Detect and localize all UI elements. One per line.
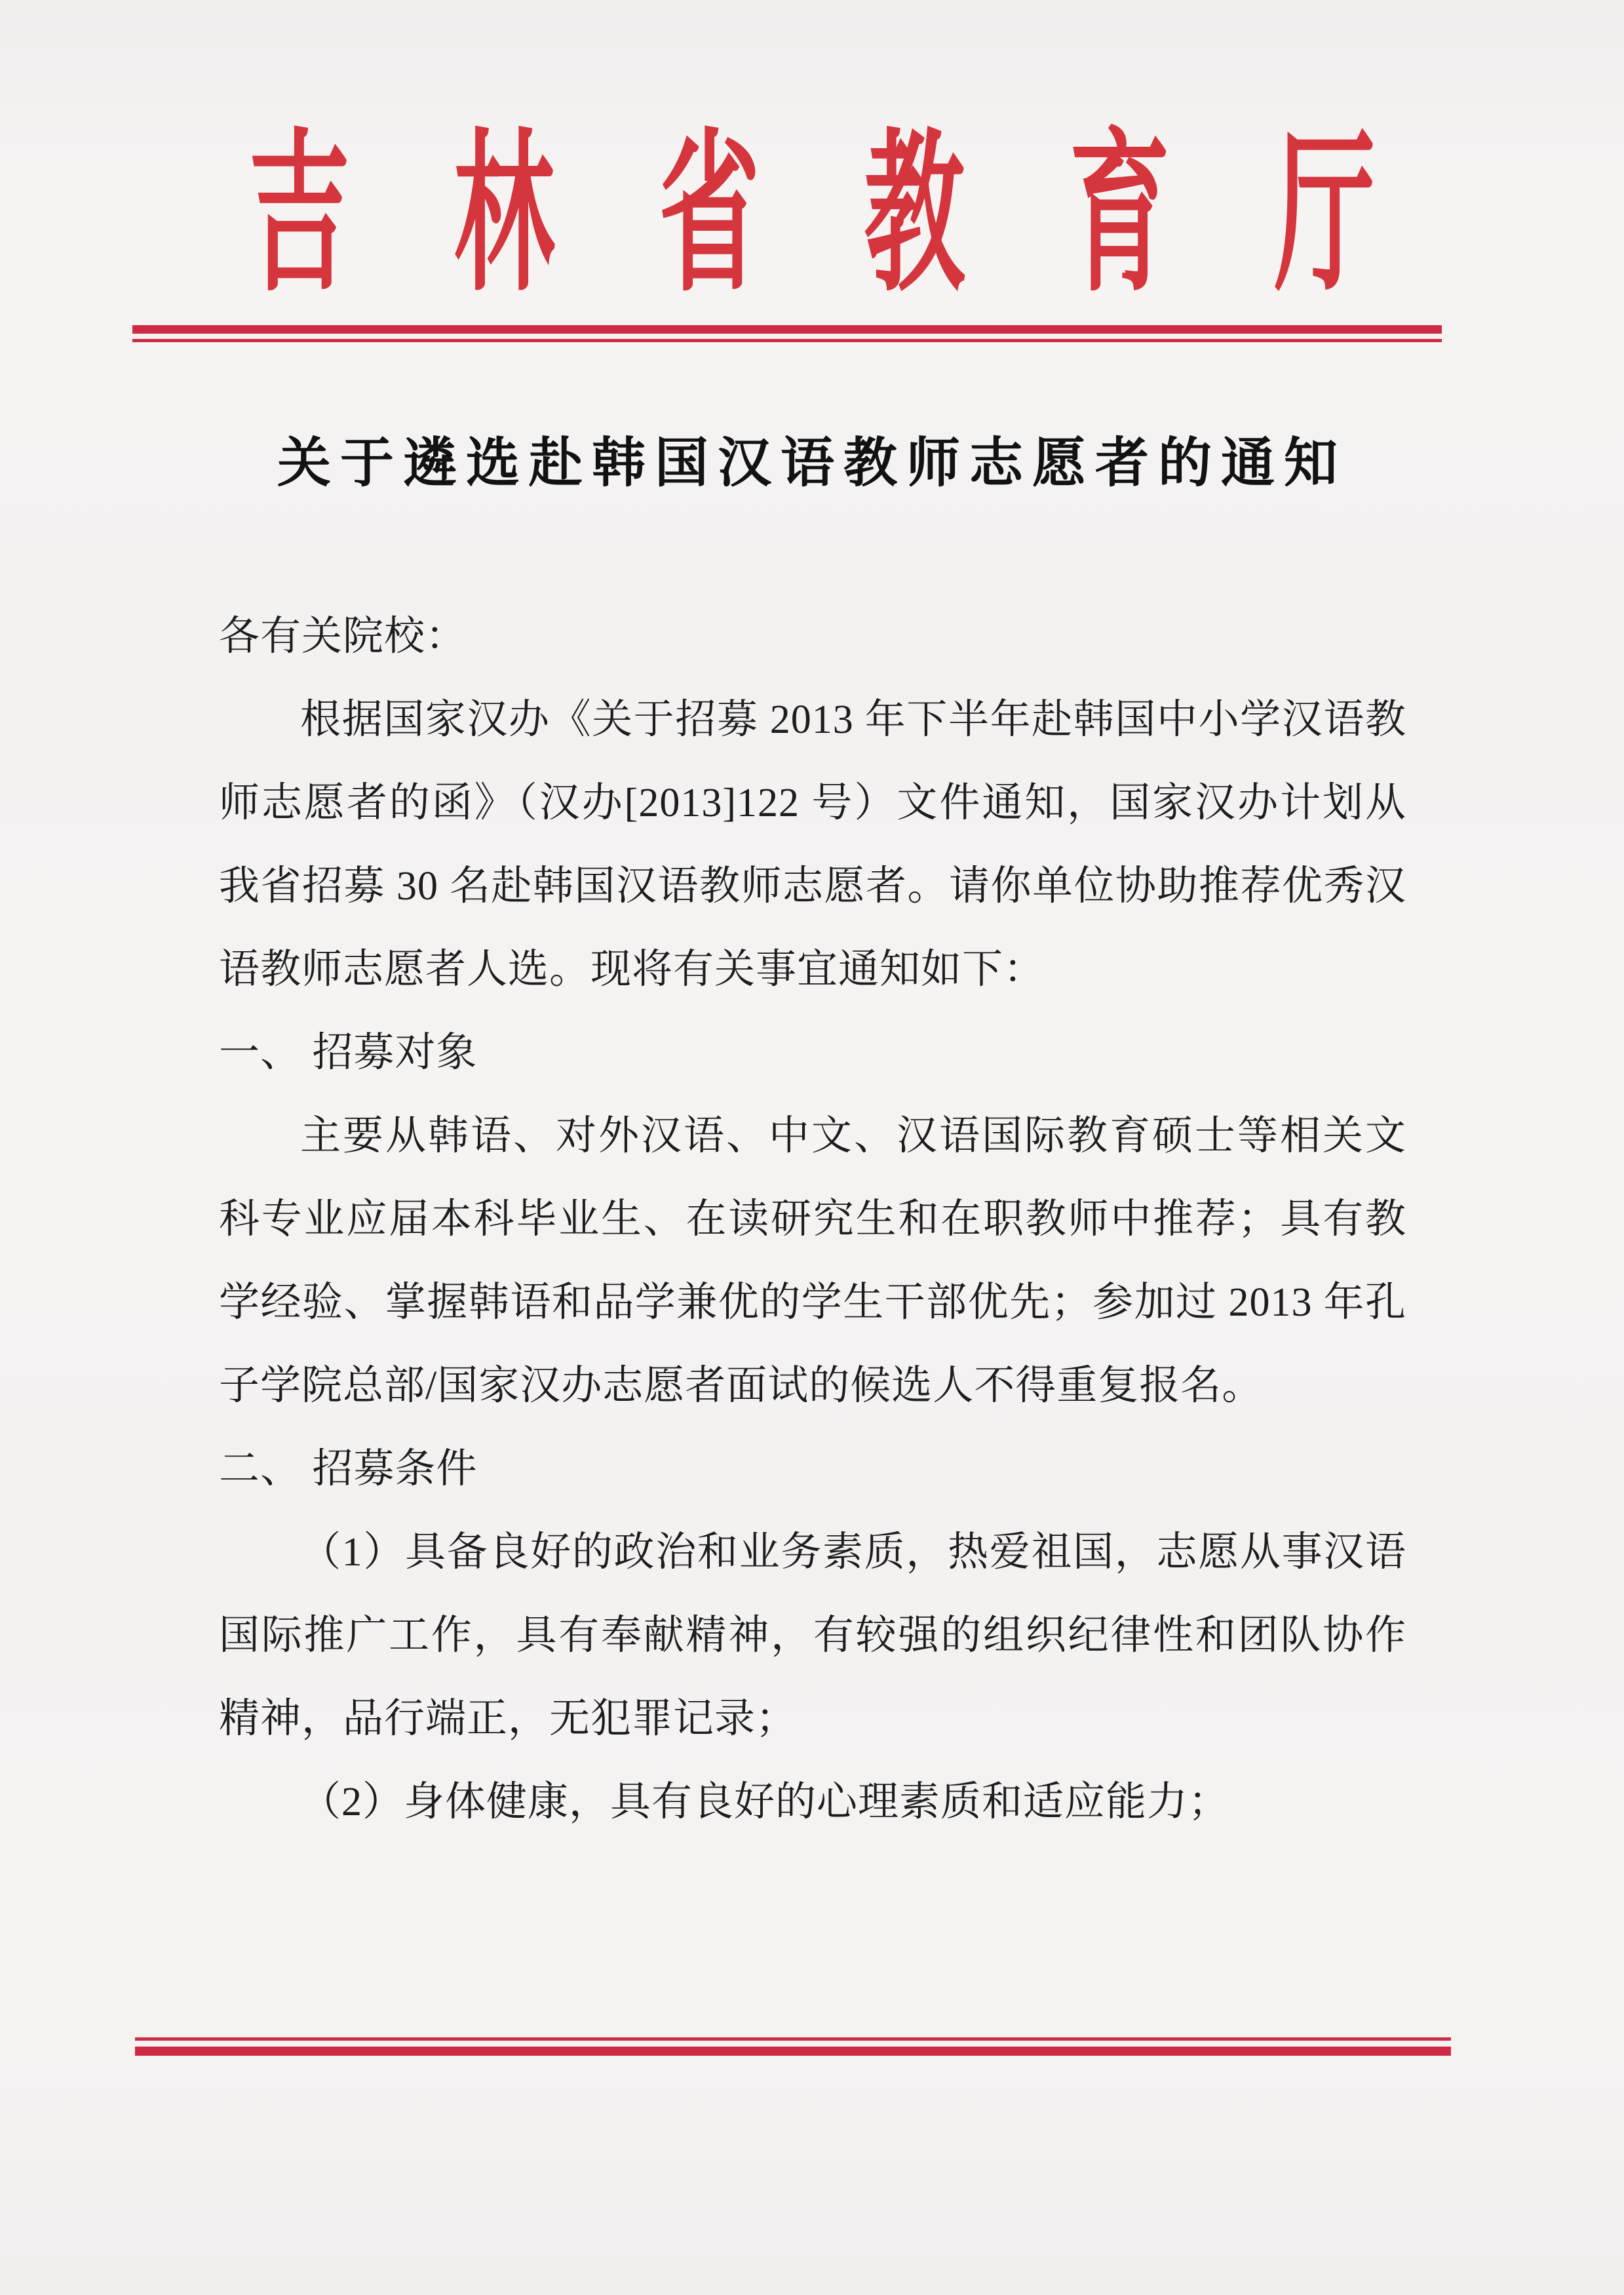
agency-name-char: 教 xyxy=(864,108,965,324)
condition-1: （1）具备良好的政治和业务素质，热爱祖国，志愿从事汉语国际推广工作，具有奉献精神… xyxy=(219,1511,1406,1761)
footer-rule-bottom-thin xyxy=(135,2037,1451,2041)
letterhead-rule-top-thin xyxy=(132,339,1442,342)
footer-rule-bottom-thick xyxy=(135,2047,1451,2056)
document-page: 吉林省教育厅 关于遴选赴韩国汉语教师志愿者的通知 各有关院校：根据国家汉办《关于… xyxy=(0,0,1624,2295)
condition-2: （2）身体健康，具有良好的心理素质和适应能力； xyxy=(219,1761,1406,1844)
document-title: 关于遴选赴韩国汉语教师志愿者的通知 xyxy=(0,427,1624,500)
section-2-heading: 二、 招募条件 xyxy=(219,1428,1406,1511)
agency-name: 吉林省教育厅 xyxy=(0,108,1624,324)
agency-name-char: 育 xyxy=(1070,108,1170,324)
agency-name-char: 厅 xyxy=(1275,108,1376,324)
agency-name-char: 吉 xyxy=(249,108,350,324)
paragraph-intro: 根据国家汉办《关于招募 2013 年下半年赴韩国中小学汉语教师志愿者的函》（汉办… xyxy=(219,678,1406,1011)
paragraph-recruit-targets: 主要从韩语、对外汉语、中文、汉语国际教育硕士等相关文科专业应届本科毕业生、在读研… xyxy=(219,1095,1406,1428)
salutation: 各有关院校： xyxy=(219,595,1406,678)
document-body: 各有关院校：根据国家汉办《关于招募 2013 年下半年赴韩国中小学汉语教师志愿者… xyxy=(219,595,1406,1844)
agency-name-char: 林 xyxy=(454,108,555,324)
letterhead-rule-top-thick xyxy=(132,325,1442,334)
agency-name-char: 省 xyxy=(659,108,760,324)
section-1-heading: 一、 招募对象 xyxy=(219,1011,1406,1095)
